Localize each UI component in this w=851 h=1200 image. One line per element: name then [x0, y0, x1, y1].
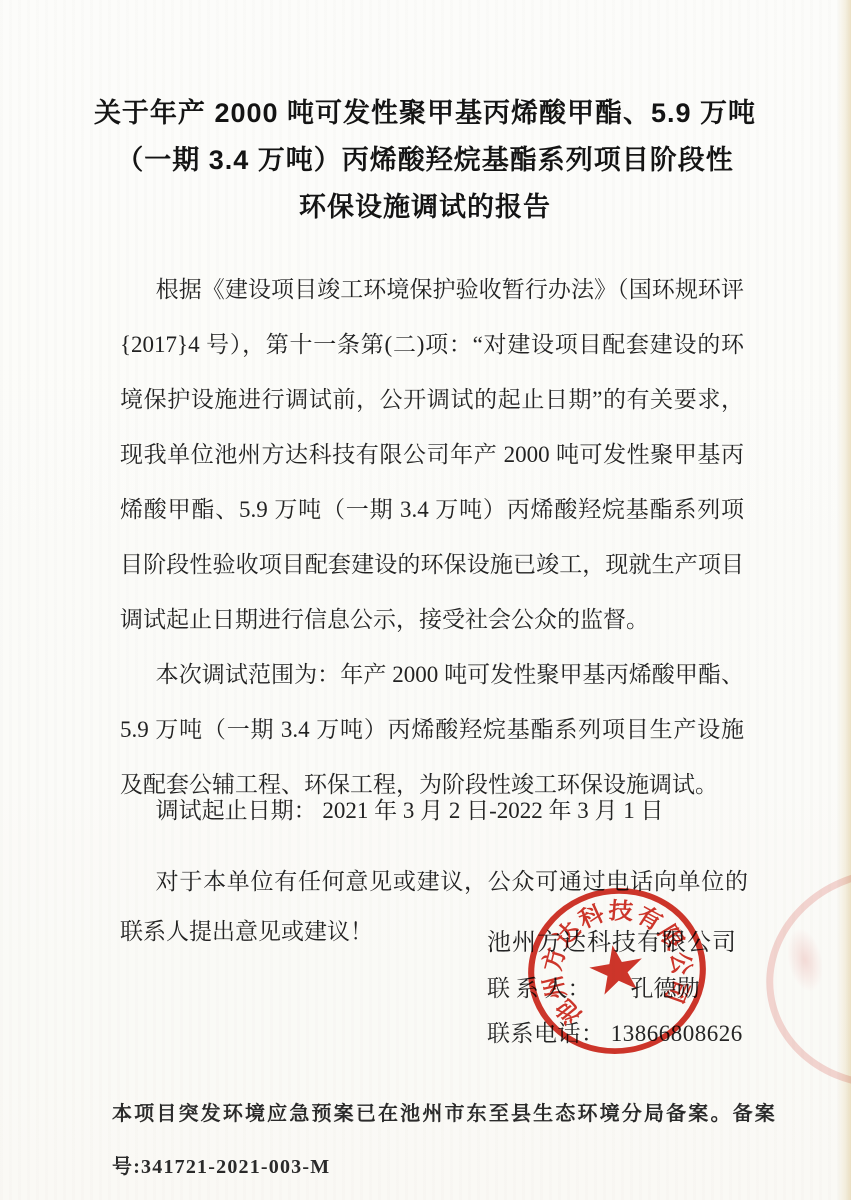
commissioning-date-line: 调试起止日期： 2021 年 3 月 2 日-2022 年 3 月 1 日	[120, 786, 744, 836]
report-title-line-1: 关于年产 2000 吨可发性聚甲基丙烯酸甲酯、5.9 万吨	[65, 90, 785, 137]
document-page: 关于年产 2000 吨可发性聚甲基丙烯酸甲酯、5.9 万吨 （一期 3.4 万吨…	[0, 0, 851, 1200]
contact-person-line: 联 系 人：孔德勋	[487, 966, 817, 1011]
paragraph-basis: 根据《建设项目竣工环境保护验收暂行办法》（国环规环评{2017}4 号），第十一…	[120, 262, 744, 647]
scan-edge-shadow	[837, 0, 851, 1200]
report-title-line-2: （一期 3.4 万吨）丙烯酸羟烷基酯系列项目阶段性	[65, 137, 785, 184]
contact-phone-line: 联系电话： 13866808626	[487, 1011, 817, 1056]
contact-person-label: 联 系 人：	[487, 976, 591, 1001]
company-name: 池州方达科技有限公司	[487, 921, 817, 966]
report-title-line-3: 环保设施调试的报告	[65, 184, 785, 231]
contact-phone-number: 13866808626	[611, 1021, 743, 1046]
contact-person-name: 孔德勋	[631, 976, 700, 1001]
report-title: 关于年产 2000 吨可发性聚甲基丙烯酸甲酯、5.9 万吨 （一期 3.4 万吨…	[65, 90, 785, 231]
contact-phone-label: 联系电话：	[487, 1021, 605, 1046]
filing-record-note: 本项目突发环境应急预案已在池州市东至县生态环境分局备案。备案号:341721-2…	[112, 1088, 776, 1194]
signature-block: 池州方达科技有限公司 联 系 人：孔德勋 联系电话： 13866808626	[487, 921, 817, 1056]
